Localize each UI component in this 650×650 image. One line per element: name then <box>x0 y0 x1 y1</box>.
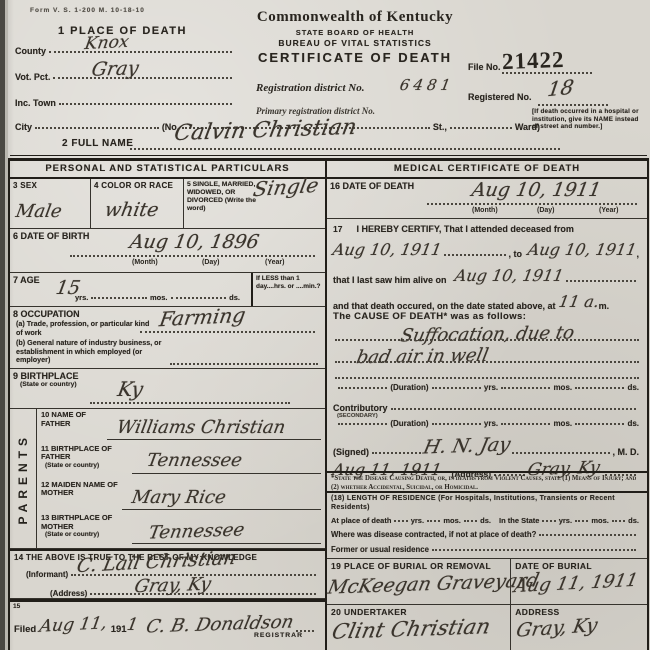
county-label: County <box>15 46 46 56</box>
res-mos-2: mos. <box>591 516 609 525</box>
father-birthplace-label: 11 BIRTHPLACE OF FATHER <box>41 445 121 462</box>
marital-value: Single <box>251 173 320 201</box>
dotted-leader <box>70 255 315 257</box>
res-mos-1: mos. <box>443 516 461 525</box>
filed-block: 15 Filed Aug 11, 191 1 C. B. Donaldson R… <box>10 599 325 650</box>
cause-line1-value: Suffocation, due to <box>398 322 575 346</box>
writing-line <box>122 509 321 510</box>
registrar-label: REGISTRAR <box>254 632 303 639</box>
dotted-leader <box>335 377 639 379</box>
dotted-leader <box>338 385 387 389</box>
to-label: , to <box>509 249 523 259</box>
dotted-leader <box>575 518 588 522</box>
registered-no-label: Registered No. <box>468 92 532 102</box>
mother-name-row: 12 MAIDEN NAME OF MOTHER Mary Rice <box>37 479 325 514</box>
undertaker-row: 20 UNDERTAKER Clint Christian ADDRESS Gr… <box>327 605 647 650</box>
inc-town-line: Inc. Town <box>15 98 235 108</box>
occupation-b-label: (b) General nature of industry business,… <box>16 339 176 365</box>
occupation-row: 8 OCCUPATION (a) Trade, profession, or p… <box>10 307 325 369</box>
dod-row: 16 DATE OF DEATH Aug 10, 1911 (Month) (D… <box>327 179 647 219</box>
filed-year-value: 1 <box>125 615 139 635</box>
marital-cell: 5 SINGLE, MARRIED, WIDOWED, OR DIVORCED … <box>184 179 325 228</box>
parents-label: PARENTS <box>16 433 30 524</box>
writing-line <box>107 439 321 440</box>
comma-print: , <box>636 249 639 259</box>
certificate-title: CERTIFICATE OF DEATH <box>240 50 470 65</box>
dotted-leader <box>502 72 592 74</box>
dotted-leader <box>501 385 550 389</box>
undertaker-address-cell: ADDRESS Gray, Ky <box>511 605 647 650</box>
burial-date-cell: DATE OF BURIAL Aug 11, 1911 <box>511 559 647 604</box>
footnote-block: *State the Disease Causing Death, or, in… <box>327 471 647 493</box>
city-st-label: St., <box>433 122 447 132</box>
contributory-block: Contributory (SECONDARY) (Duration) yrs.… <box>327 401 647 435</box>
full-name-label: 2 FULL NAME <box>62 138 133 149</box>
residence-title: (18) LENGTH OF RESIDENCE (For Hospitals,… <box>331 495 643 512</box>
burial-place-label: 19 PLACE OF BURIAL OR REMOVAL <box>331 561 510 571</box>
occupation-a-value: Farming <box>158 303 248 331</box>
attended-to-value: Aug 10, 1911 <box>526 240 638 259</box>
county-value: Knox <box>83 32 130 54</box>
last-saw-line: that I last saw him alive on Aug 10, 191… <box>333 266 639 285</box>
death-certificate-scan: Form V. S. 1-200 M. 10-18-10 1 PLACE OF … <box>0 0 650 650</box>
precinct-value: Gray <box>90 57 141 81</box>
dotted-leader <box>59 101 232 105</box>
certify-number: 17 <box>333 224 342 234</box>
parents-block: PARENTS 10 NAME OF FATHER Williams Chris… <box>10 409 325 549</box>
at-place-label: At place of death <box>331 516 391 525</box>
filed-year-print: 191 <box>111 624 127 635</box>
dod-year-caption: (Year) <box>599 207 618 214</box>
dotted-leader <box>566 278 636 282</box>
burial-place-value: McKeegan Graveyard <box>326 569 541 598</box>
precinct-label: Vot. Pct. <box>15 72 50 82</box>
dotted-leader <box>464 518 477 522</box>
cause-duration-line: (Duration) yrs. mos. ds. <box>335 383 639 392</box>
res-yrs-1: yrs. <box>411 516 424 525</box>
attended-from-value: Aug 10, 1911 <box>331 240 443 259</box>
full-name-value: Calvin Christian <box>172 115 358 146</box>
contributory-duration-line: (Duration) yrs. mos. ds. <box>335 419 639 428</box>
father-birthplace-row: 11 BIRTHPLACE OF FATHER (State or countr… <box>37 444 325 479</box>
signed-value: H. N. Jay <box>421 434 512 459</box>
dob-month-caption: (Month) <box>132 259 158 266</box>
mother-birthplace-row: 13 BIRTHPLACE OF MOTHER (State or countr… <box>37 513 325 548</box>
dotted-leader <box>575 421 624 425</box>
writing-line <box>132 473 321 474</box>
signed-block: (Signed) H. N. Jay , M. D. Aug 11, 1911 … <box>327 435 647 471</box>
dotted-leader <box>171 295 227 299</box>
inc-town-label: Inc. Town <box>15 98 56 108</box>
sex-race-marital-row: 3 SEX Male 4 COLOR OR RACE white 5 SINGL… <box>10 179 325 229</box>
medical-column: MEDICAL CERTIFICATE OF DEATH 16 DATE OF … <box>327 161 647 650</box>
last-saw-value: Aug 10, 1911 <box>453 266 565 285</box>
dotted-leader <box>35 125 159 129</box>
age-less-note: If LESS than 1 day....hrs. or ....min.? <box>256 275 323 291</box>
mother-name-value: Mary Rice <box>130 487 227 508</box>
cause-label: The CAUSE OF DEATH* was as follows: <box>333 311 647 322</box>
commonwealth-title: Commonwealth of Kentucky <box>240 9 470 26</box>
dob-day-caption: (Day) <box>202 259 220 266</box>
dotted-leader <box>335 361 639 363</box>
undertaker-address-value: Gray, Ky <box>515 614 600 641</box>
burial-row: 19 PLACE OF BURIAL OR REMOVAL McKeegan G… <box>327 559 647 605</box>
father-name-label: 10 NAME OF FATHER <box>41 411 111 428</box>
age-mos-label: mos. <box>150 293 168 302</box>
dotted-leader <box>538 104 608 106</box>
res-yrs-2: yrs. <box>559 516 572 525</box>
dotted-leader <box>130 148 560 150</box>
attest-block: 14 THE ABOVE IS TRUE TO THE BEST OF MY K… <box>10 549 325 599</box>
dotted-leader <box>372 450 421 454</box>
duration-ds-2: ds. <box>627 419 639 428</box>
dotted-leader <box>501 421 550 425</box>
duration-mos: mos. <box>553 383 572 392</box>
residence-line: At place of death yrs. mos. ds. In the S… <box>331 516 639 525</box>
undertaker-cell: 20 UNDERTAKER Clint Christian <box>327 605 511 650</box>
father-name-value: Williams Christian <box>115 417 287 438</box>
duration-label-2: (Duration) <box>390 419 428 428</box>
informant-address-label: (Address) <box>50 589 87 598</box>
contributory-label: Contributory <box>333 403 388 413</box>
cause-footnote: *State the Disease Causing Death, or, in… <box>331 474 643 492</box>
sex-cell: 3 SEX Male <box>10 179 91 228</box>
birthplace-sub-label: (State or country) <box>20 381 325 388</box>
registration-district-label: Registration district No. <box>256 82 365 94</box>
duration-yrs: yrs. <box>484 383 498 392</box>
dotted-leader <box>90 402 290 404</box>
filed-label: Filed <box>14 624 36 635</box>
hospital-note: [If death occurred in a hospital or inst… <box>532 108 644 131</box>
race-cell: 4 COLOR OR RACE white <box>91 179 184 228</box>
mother-birthplace-label: 13 BIRTHPLACE OF MOTHER <box>41 514 121 531</box>
dotted-leader <box>539 532 636 536</box>
age-yrs-label: yrs. <box>75 293 88 302</box>
dotted-leader <box>335 339 639 341</box>
duration-ds: ds. <box>627 383 639 392</box>
mother-birthplace-value: Tennessee <box>147 520 246 544</box>
age-less-cell: If LESS than 1 day....hrs. or ....min.? <box>251 273 325 306</box>
dod-value: Aug 10, 1911 <box>470 179 603 201</box>
dotted-leader <box>432 421 481 425</box>
mother-name-label: 12 MAIDEN NAME OF MOTHER <box>41 481 121 498</box>
signed-label: (Signed) <box>333 447 369 457</box>
cause-block: The CAUSE OF DEATH* was as follows: Suff… <box>327 309 647 401</box>
occupation-a-label: (a) Trade, profession, or particular kin… <box>16 320 156 337</box>
dotted-leader <box>542 518 555 522</box>
city-label: City <box>15 122 32 132</box>
dob-year-caption: (Year) <box>265 259 284 266</box>
birthplace-label: 9 BIRTHPLACE <box>13 371 325 381</box>
dotted-leader <box>575 385 624 389</box>
dotted-leader <box>140 331 315 333</box>
medical-section-title: MEDICAL CERTIFICATE OF DEATH <box>327 161 647 179</box>
sex-value: Male <box>14 201 63 222</box>
dod-day-caption: (Day) <box>537 207 555 214</box>
undertaker-value: Clint Christian <box>330 614 493 643</box>
dob-value: Aug 10, 1896 <box>128 231 261 253</box>
age-cell: 7 AGE 15 yrs. mos. ds. <box>10 273 251 306</box>
signed-line: (Signed) H. N. Jay , M. D. <box>333 435 639 457</box>
parents-sidebar: PARENTS <box>10 409 37 548</box>
contracted-line: Where was disease contracted, if not at … <box>331 530 639 539</box>
attended-line: Aug 10, 1911 , to Aug 10, 1911 , <box>333 240 639 259</box>
dotted-leader <box>432 385 481 389</box>
bureau-subtitle: BUREAU OF VITAL STATISTICS <box>240 38 470 48</box>
in-state-label: In the State <box>499 516 539 525</box>
cause-line2-value: bad air in well <box>355 345 491 368</box>
sex-label: 3 SEX <box>13 181 90 190</box>
residence-block: (18) LENGTH OF RESIDENCE (For Hospitals,… <box>327 493 647 559</box>
filed-date-value: Aug 11, <box>38 613 108 636</box>
dotted-leader <box>512 450 609 454</box>
race-label: 4 COLOR OR RACE <box>94 181 183 190</box>
registered-no-value: 18 <box>546 75 575 102</box>
dotted-leader <box>427 518 440 522</box>
parents-rows: 10 NAME OF FATHER Williams Christian 11 … <box>37 409 325 548</box>
file-no-value: 21422 <box>502 47 565 75</box>
certificate-table: PERSONAL AND STATISTICAL PARTICULARS 3 S… <box>8 158 649 650</box>
burial-date-value: Aug 11, 1911 <box>512 570 640 597</box>
age-label: 7 AGE <box>13 275 251 285</box>
contracted-label: Where was disease contracted, if not at … <box>331 530 536 539</box>
md-label: , M. D. <box>613 447 640 457</box>
father-name-row: 10 NAME OF FATHER Williams Christian <box>37 409 325 444</box>
registration-district-value: 6481 <box>398 76 455 94</box>
dotted-leader <box>612 518 625 522</box>
birthplace-row: 9 BIRTHPLACE (State or country) Ky <box>10 369 325 409</box>
certify-block: 17 I HEREBY CERTIFY, That I attended dec… <box>327 219 647 309</box>
age-row: 7 AGE 15 yrs. mos. ds. If LESS than 1 da… <box>10 273 325 307</box>
informant-address-value: Gray, Ky <box>132 574 213 598</box>
burial-place-cell: 19 PLACE OF BURIAL OR REMOVAL McKeegan G… <box>327 559 511 604</box>
dotted-leader <box>391 406 637 410</box>
writing-line <box>132 543 321 544</box>
former-residence-line: Former or usual residence <box>331 545 639 554</box>
dotted-leader <box>427 203 637 205</box>
duration-yrs-2: yrs. <box>484 419 498 428</box>
last-saw-label: that I last saw him alive on <box>333 275 447 285</box>
filed-item-number: 15 <box>13 603 325 610</box>
birthplace-value: Ky <box>116 377 145 401</box>
race-value: white <box>103 199 160 221</box>
age-ds-label: ds. <box>229 293 240 302</box>
dotted-leader <box>394 518 407 522</box>
dotted-leader <box>444 252 505 256</box>
dotted-leader <box>49 49 232 53</box>
duration-mos-2: mos. <box>553 419 572 428</box>
state-board-subtitle: STATE BOARD OF HEALTH <box>240 28 470 37</box>
certify-intro: I HEREBY CERTIFY, That I attended deceas… <box>356 224 573 234</box>
form-number: Form V. S. 1-200 M. 10-18-10 <box>30 7 145 14</box>
personal-column: PERSONAL AND STATISTICAL PARTICULARS 3 S… <box>10 161 327 650</box>
file-no-label: File No. <box>468 62 501 72</box>
dotted-leader <box>53 75 232 79</box>
duration-label: (Duration) <box>390 383 428 392</box>
res-ds-2: ds. <box>628 516 639 525</box>
dob-row: 6 DATE OF BIRTH Aug 10, 1896 (Month) (Da… <box>10 229 325 273</box>
dotted-leader <box>450 125 512 129</box>
dotted-leader <box>91 295 147 299</box>
father-birthplace-value: Tennessee <box>145 450 244 471</box>
informant-label: (Informant) <box>26 570 68 579</box>
dotted-leader <box>170 363 318 365</box>
dotted-leader <box>338 421 387 425</box>
res-ds-1: ds. <box>480 516 491 525</box>
dod-month-caption: (Month) <box>472 207 498 214</box>
former-label: Former or usual residence <box>331 545 429 554</box>
dotted-leader <box>432 547 636 551</box>
